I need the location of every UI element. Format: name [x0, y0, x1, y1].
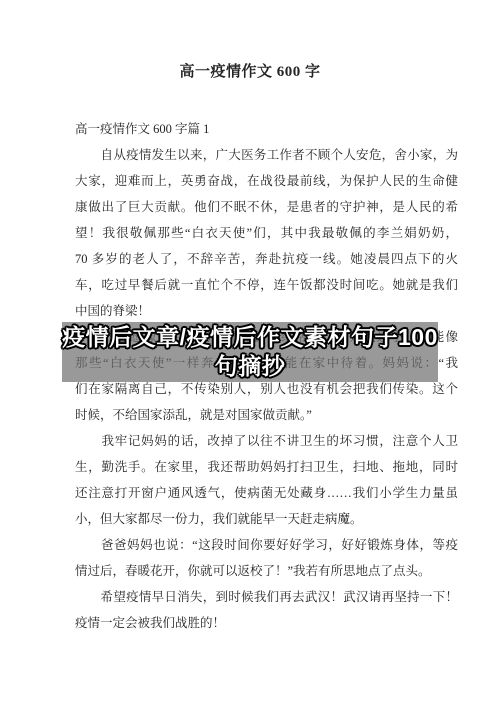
- body-line: 康做出了巨大贡献。他们不眠不休，是患者的守护神，是人民的希: [75, 194, 458, 220]
- watermark-overlay: 疫情后文章/疫情后作文素材句子100 句摘抄: [62, 322, 438, 382]
- body-line: 还注意打开窗户通风透气，使病菌无处藏身……我们小学生力量虽: [75, 480, 458, 506]
- body-line: 爸爸妈妈也说：“这段时间你要好好学习，好好锻炼身体，等疫: [75, 532, 458, 558]
- body-line: 70 多岁的老人了，不辞辛苦，奔赴抗疫一线。她凌晨四点下的火: [75, 246, 458, 272]
- overlay-title-line1: 疫情后文章/疫情后作文素材句子100: [62, 323, 438, 352]
- body-line: 疫情一定会被我们战胜的！: [75, 610, 458, 636]
- overlay-title-line2: 句摘抄: [215, 352, 286, 381]
- body-line: 情过后，春暖花开，你就可以返校了！”我若有所思地点了点头。: [75, 558, 458, 584]
- doc-paragraphs: 自从疫情发生以来，广大医务工作者不顾个人安危，舍小家，为大家，迎难而上，英勇奋战…: [75, 142, 458, 636]
- body-line: 时候，不给国家添乱，就是对国家做贡献。”: [75, 402, 458, 428]
- body-line: 车，吃过早餐后就一直忙个不停，连午饭都没时间吃。她就是我们: [75, 272, 458, 298]
- body-line: 自从疫情发生以来，广大医务工作者不顾个人安危，舍小家，为: [75, 142, 458, 168]
- body-line: 希望疫情早日消失，到时候我们再去武汉！武汉请再坚持一下！: [75, 584, 458, 610]
- body-line: 我牢记妈妈的话，改掉了以往不讲卫生的坏习惯，注意个人卫: [75, 428, 458, 454]
- document-page: 高一疫情作文 600 字 高一疫情作文 600 字篇 1 自从疫情发生以来，广大…: [0, 0, 500, 706]
- body-line: 小，但大家都尽一份力，我们就能早一天赶走病魔。: [75, 506, 458, 532]
- doc-title: 高一疫情作文 600 字: [0, 63, 500, 81]
- body-line: 生，勤洗手。在家里，我还帮助妈妈打扫卫生，扫地、拖地，同时: [75, 454, 458, 480]
- doc-subtitle: 高一疫情作文 600 字篇 1: [75, 116, 458, 142]
- body-line: 望！我很敬佩那些“白衣天使”们，其中我最敬佩的李兰娟奶奶，: [75, 220, 458, 246]
- body-line: 大家，迎难而上，英勇奋战，在战役最前线，为保护人民的生命健: [75, 168, 458, 194]
- body-line: 中国的脊梁！: [75, 298, 458, 324]
